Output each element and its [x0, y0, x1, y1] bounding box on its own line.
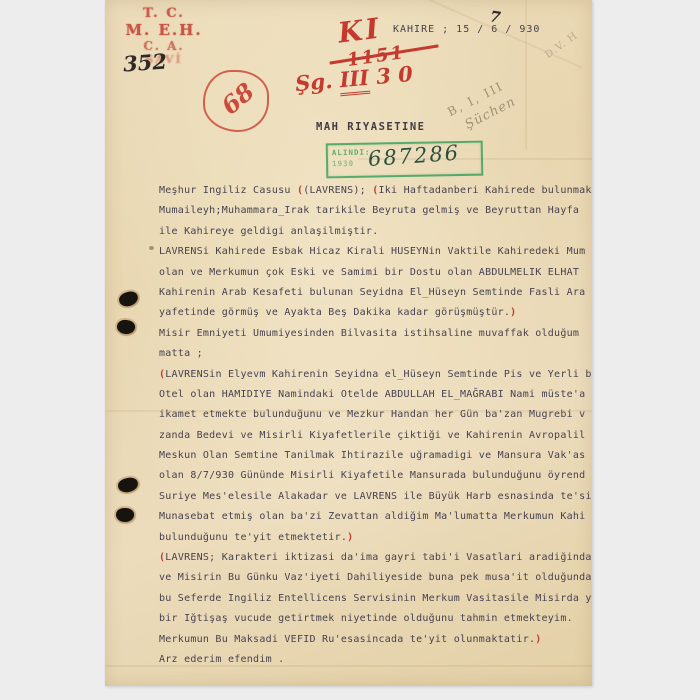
red-paren-mark: ) — [347, 532, 353, 543]
typed-text-segment: LAVRENSin Elyevm Kahirenin Seyidna el_Hü… — [165, 369, 591, 380]
typed-text-segment: bir Iğtişaş vucude getirtmek niyetinde o… — [159, 613, 573, 624]
body-line: Mumaileyh;Muhammara_Irak tarikile Beyrut… — [159, 201, 592, 221]
typed-text-segment: Iki Haftadanberi Kahirede bulunmakt — [379, 185, 593, 196]
punch-hole — [116, 319, 136, 335]
received-stamp-label: ALINDI: — [332, 148, 371, 158]
body-line: Meskun Olan Semtine Tanilmak Ihtirazile … — [159, 446, 592, 466]
body-line: olan ve Merkumun çok Eski ve Samimi bir … — [159, 263, 592, 283]
addressee-line: MAH RIYASETINE — [316, 121, 426, 133]
handwritten-folio-number: 352 — [122, 49, 167, 77]
body-line: LAVRENSi Kahirede Esbak Hicaz Kirali HUS… — [159, 242, 592, 262]
typed-text-segment: bulunduğunu te'yit etmektetir. — [159, 532, 347, 543]
body-line: ile Kahireye geldigi anlaşilmiştir. — [159, 222, 592, 242]
typed-text-segment: LAVRENSi Kahirede Esbak Hicaz Kirali HUS… — [159, 246, 585, 257]
circled-number-value: 68 — [216, 77, 260, 121]
body-line: bir Iğtişaş vucude getirtmek niyetinde o… — [159, 609, 592, 629]
typed-dateline: KAHIRE ; 15 / 6 / 930 — [393, 24, 540, 35]
typed-text-segment: zanda Bedevi ve Misirli Kiyafetlerile çi… — [159, 430, 585, 441]
typed-text-segment: Otel olan HAMIDIYE Namindaki Otelde ABDU… — [159, 389, 585, 400]
typed-text-segment: ikamet etmekte bulunduğunu ve Mezkur Han… — [159, 409, 585, 420]
body-line: Arz ederim efendim . — [159, 650, 592, 670]
punch-hole — [118, 290, 140, 308]
typed-text-segment: Mumaileyh;Muhammara_Irak tarikile Beyrut… — [159, 205, 579, 216]
typed-text-segment: bu Seferde Ingiliz Entellicens Servisini… — [159, 593, 592, 604]
stamp-line: M. E.H. — [121, 21, 207, 39]
red-paren-mark: ) — [510, 307, 516, 318]
body-line: Meşhur Ingiliz Casusu ((LAVRENS); (Iki H… — [159, 181, 592, 201]
typed-text-segment: ve Misirin Bu Günku Vaz'iyeti Dahiliyesi… — [159, 572, 592, 583]
body-line: (LAVRENSin Elyevm Kahirenin Seyidna el_H… — [159, 365, 592, 385]
typed-text-segment: Suriye Mes'elesile Alakadar ve LAVRENS i… — [159, 491, 592, 502]
signature-date-digits: 3 0 — [375, 61, 414, 89]
signature-paraph: Şg. — [294, 68, 333, 96]
body-line: Merkumun Bu Maksadi VEFID Ru'esasincada … — [159, 630, 592, 650]
typed-text-segment: yafetinde görmüş ve Ayakta Beş Dakika ka… — [159, 307, 510, 318]
typed-text-segment: Meskun Olan Semtine Tanilmak Ihtirazile … — [159, 450, 585, 461]
handwritten-registry-code: KI — [336, 11, 383, 49]
punch-hole — [115, 507, 134, 523]
typed-text-segment: ile Kahireye geldigi anlaşilmiştir. — [159, 226, 378, 237]
body-line: Kahirenin Arab Kesafeti bulunan Seyidna … — [159, 283, 592, 303]
signature-roman-numeral: III — [338, 65, 370, 96]
punch-hole — [117, 476, 139, 493]
body-line: bu Seferde Ingiliz Entellicens Servisini… — [159, 589, 592, 609]
body-line: bulunduğunu te'yit etmektetir.) — [159, 528, 592, 548]
pencil-note-corner: D.V. H — [543, 30, 580, 61]
typed-text-segment: Meşhur Ingiliz Casusu — [159, 185, 297, 196]
typed-text-segment: matta ; — [159, 348, 203, 359]
document-paper: T. C. M. E.H. C. A. ŞAVİ 352 KI 1151 Şg.… — [105, 0, 592, 686]
typed-text-segment: olan ve Merkumun çok Eski ve Samimi bir … — [159, 267, 579, 278]
body-line: Munasebat etmiş olan ba'zi Zevattan aldi… — [159, 507, 592, 527]
stamp-line: T. C. — [121, 6, 207, 21]
received-stamp-year: 1930 — [332, 159, 354, 168]
typed-text-segment: Kahirenin Arab Kesafeti bulunan Seyidna … — [159, 287, 585, 298]
typed-text-segment: Merkumun Bu Maksadi VEFID Ru'esasincada … — [159, 634, 535, 645]
handwritten-red-signature: Şg. III 3 0 — [294, 61, 414, 96]
body-line: (LAVRENS; Karakteri iktizasi da'ima gayr… — [159, 548, 592, 568]
ink-stain — [149, 246, 154, 250]
received-stamp-box: ALINDI: 1930 687286 — [326, 141, 484, 179]
body-line: Misir Emniyeti Umumiyesinden Bilvasita i… — [159, 324, 592, 344]
typed-text-segment: Misir Emniyeti Umumiyesinden Bilvasita i… — [159, 328, 579, 339]
typed-text-segment: olan 8/7/930 Gününde Misirli Kiyafetile … — [159, 470, 585, 481]
body-line: olan 8/7/930 Gününde Misirli Kiyafetile … — [159, 466, 592, 486]
typed-text-segment: LAVRENS; Karakteri iktizasi da'ima gayri… — [165, 552, 592, 563]
typed-text-segment: Arz ederim efendim . — [159, 654, 284, 665]
red-circled-number: 68 — [203, 70, 269, 132]
wrinkle-crease — [525, 0, 527, 150]
typed-text-segment: Munasebat etmiş olan ba'zi Zevattan aldi… — [159, 511, 585, 522]
scanned-document-page: { "page": { "background": "#ededee" }, "… — [0, 0, 700, 700]
body-line: zanda Bedevi ve Misirli Kiyafetlerile çi… — [159, 426, 592, 446]
body-line: yafetinde görmüş ve Ayakta Beş Dakika ka… — [159, 303, 592, 323]
received-register-number: 687286 — [367, 141, 461, 171]
body-line: ikamet etmekte bulunduğunu ve Mezkur Han… — [159, 405, 592, 425]
body-line: Suriye Mes'elesile Alakadar ve LAVRENS i… — [159, 487, 592, 507]
typed-text-segment: (LAVRENS); — [303, 185, 372, 196]
body-line: Otel olan HAMIDIYE Namindaki Otelde ABDU… — [159, 385, 592, 405]
body-line: matta ; — [159, 344, 592, 364]
body-line: ve Misirin Bu Günku Vaz'iyeti Dahiliyesi… — [159, 568, 592, 588]
red-paren-mark: ) — [535, 634, 541, 645]
body-text: Meşhur Ingiliz Casusu ((LAVRENS); (Iki H… — [159, 181, 592, 670]
